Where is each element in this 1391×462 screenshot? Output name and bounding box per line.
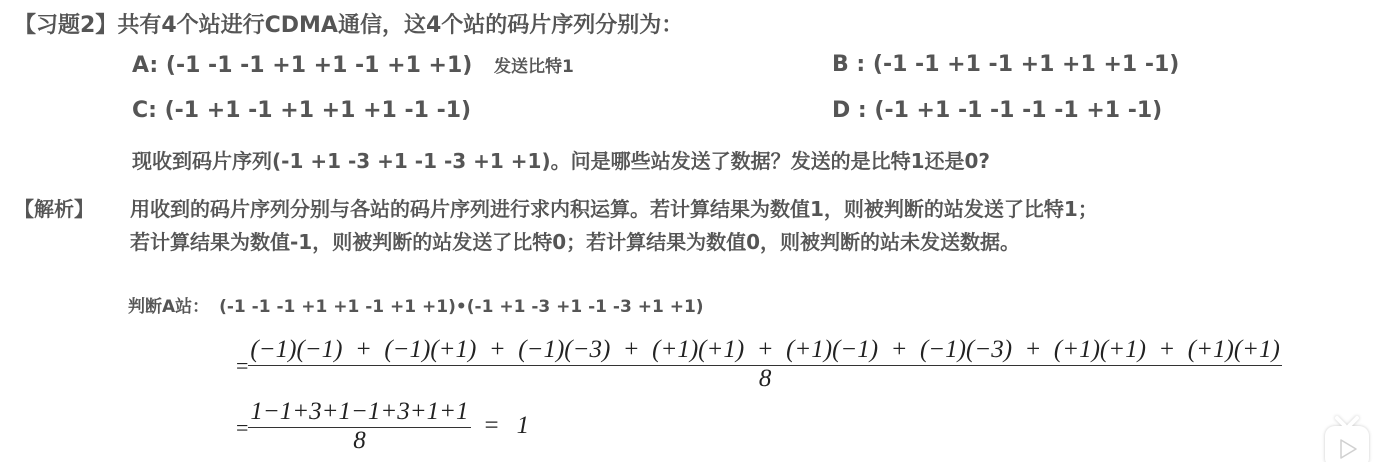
equals-sign: = (236, 353, 248, 378)
station-sequence: (-1 +1 -1 +1 +1 +1 -1 -1) (165, 98, 471, 123)
station-sequence: (-1 -1 +1 -1 +1 +1 +1 -1) (873, 52, 1179, 77)
fraction: 1−1+3+1−1+3+1+18 (248, 398, 470, 454)
exercise-tag: 【习题2】 (14, 13, 117, 38)
exercise-question: 现收到码片序列(-1 +1 -3 +1 -1 -3 +1 +1)。问是哪些站发送… (132, 145, 990, 174)
result-value: 1 (517, 412, 530, 439)
analysis-line-1: 用收到的码片序列分别与各站的码片序列进行求内积运算。若计算结果为数值1，则被判断… (130, 193, 1098, 222)
station-b: B : (-1 -1 +1 -1 +1 +1 +1 -1) (832, 52, 1179, 77)
calc-expression: (-1 -1 -1 +1 +1 -1 +1 +1)•(-1 +1 -3 +1 -… (219, 297, 703, 317)
analysis-tag: 【解析】 (14, 193, 94, 222)
station-d: D : (-1 +1 -1 -1 -1 -1 +1 -1) (832, 98, 1162, 123)
equals-sign: = (485, 412, 499, 439)
exercise-heading: 【习题2】共有4个站进行CDMA通信，这4个站的码片序列分别为： (14, 8, 683, 39)
station-sequence: (-1 -1 -1 +1 +1 -1 +1 +1) (166, 53, 472, 78)
fraction-denominator: 8 (248, 428, 470, 454)
station-a: A: (-1 -1 -1 +1 +1 -1 +1 +1) 发送比特1 (132, 52, 574, 78)
tv-play-icon (1315, 412, 1379, 462)
calc-heading: 判断A站： (-1 -1 -1 +1 +1 -1 +1 +1)•(-1 +1 -… (128, 292, 704, 317)
station-c: C: (-1 +1 -1 +1 +1 +1 -1 -1) (132, 98, 471, 123)
exercise-intro: 共有4个站进行CDMA通信，这4个站的码片序列分别为： (117, 13, 683, 38)
fraction-numerator: 1−1+3+1−1+3+1+1 (248, 398, 470, 428)
fraction-numerator: (−1)(−1) + (−1)(+1) + (−1)(−3) + (+1)(+1… (248, 336, 1281, 366)
analysis-line-2: 若计算结果为数值-1，则被判断的站发送了比特0；若计算结果为数值0，则被判断的站… (130, 226, 1020, 255)
equals-sign: = (236, 415, 248, 440)
result: =1 (485, 412, 530, 439)
fraction-denominator: 8 (248, 366, 1281, 392)
calc-step-2: =1−1+3+1−1+3+1+18=1 (236, 398, 529, 454)
station-label: C: (132, 98, 157, 123)
station-label: A: (132, 53, 158, 78)
station-label: D : (832, 98, 867, 123)
station-sequence: (-1 +1 -1 -1 -1 -1 +1 -1) (874, 98, 1162, 123)
calc-label: 判断A站： (128, 297, 209, 317)
station-label: B : (832, 52, 865, 77)
fraction: (−1)(−1) + (−1)(+1) + (−1)(−3) + (+1)(+1… (248, 336, 1281, 392)
station-note: 发送比特1 (494, 57, 574, 77)
calc-step-1: =(−1)(−1) + (−1)(+1) + (−1)(−3) + (+1)(+… (236, 336, 1282, 392)
